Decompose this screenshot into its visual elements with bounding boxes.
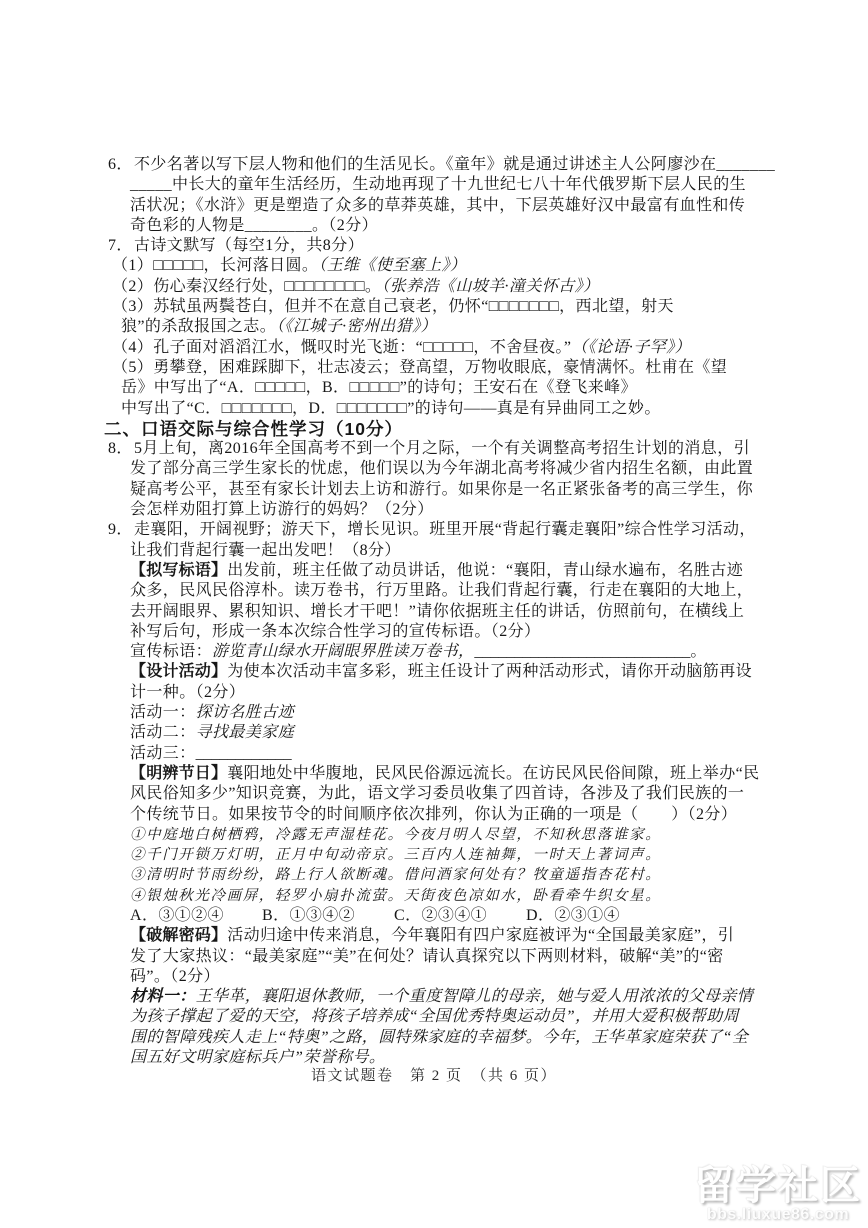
q7-item-3-text: 狼”的杀敌报国之志。 [121,318,276,335]
q7-item-4-source: （《论语·子罕》） [571,339,691,356]
q7-title: 古诗文默写（每空1分，共8分） [134,237,364,254]
page-footer: 语文试题卷 第 2 页 （共 6 页） [0,1064,868,1085]
activity-1-label: 活动一： [130,704,196,721]
poem-4: ④银烛秋光冷画屏，轻罗小扇扑流萤。天街夜色凉如水，卧看牵牛织女星。 [0,886,868,906]
q9-line-2: 让我们背起行囊一起出发吧！（8分） [0,541,868,561]
activity-2-line: 活动二：寻找最美家庭 [0,723,868,743]
exam-content: 6．不少名著以写下层人物和他们的生活见长。《童年》就是通过讲述主人公阿廖沙在__… [0,155,868,1068]
festival-task-tag: 【明辨节日】 [130,765,227,782]
activity-3-label: 活动三： [130,745,196,762]
decode-task-line-3: 码”。（2分） [0,967,868,987]
activity-3-blank: ____________ [196,745,292,762]
option-b: B．①③④② [262,906,394,926]
activity-1-line: 活动一：探访名胜古迹 [0,703,868,723]
q8-line-1: 8．5月上旬，离2016年全国高考不到一个月之际，一个有关调整高考招生计划的消息… [0,439,868,459]
q6-number: 6． [108,155,134,175]
q7-item-5-line-3: 中写出了“C．□□□□□□□，D．□□□□□□□”的诗句——真是有异曲同工之妙。 [0,399,868,419]
q9-line-1: 9．走襄阳，开阔视野；游天下，增长见识。班里开展“背起行囊走襄阳”综合性学习活动… [0,520,868,540]
activity-task-tag: 【设计活动】 [130,663,227,680]
q6-line-1: 6．不少名著以写下层人物和他们的生活见长。《童年》就是通过讲述主人公阿廖沙在__… [0,155,868,175]
activity-task-text-1: 为使本次活动丰富多彩，班主任设计了两种活动形式，请你开动脑筋再设 [227,663,752,680]
poem-3: ③清明时节雨纷纷，路上行人欲断魂。借问酒家何处有？牧童遥指杏花村。 [0,865,868,885]
festival-task-line-3: 个传统节日。如果按节令的时间顺序依次排列，你认为正确的一项是（ ）（2分） [0,805,868,825]
q7-item-2: （2）伤心秦汉经行处，□□□□□□□□。（张养浩《山坡羊·潼关怀古》） [0,277,868,297]
decode-task-line-2: 发了大家热议：“最美家庭”“美”在何处？请认真探究以下两则材料，破解“美”的“密 [0,947,868,967]
q7-item-4-text: （4）孔子面对滔滔江水，慨叹时光飞逝：“□□□□□，不舍昼夜。” [112,339,571,356]
activity-task-line-2: 计一种。（2分） [0,683,868,703]
activity-2-label: 活动二： [130,724,196,741]
q7-item-2-text: （2）伤心秦汉经行处，□□□□□□□□。 [112,278,381,295]
q8-line-3: 疑高考公平，甚至有家长计划去上访和游行。如果你是一名正紧张备考的高三学生，你 [0,480,868,500]
slogan-answer-blank: ___________________________。 [474,643,706,660]
q8-line-2: 发了部分高三学生家长的忧虑，他们误以为今年湖北高考将减少省内招生名额，由此置 [0,459,868,479]
activity-task-line-1: 【设计活动】为使本次活动丰富多彩，班主任设计了两种活动形式，请你开动脑筋再设 [0,662,868,682]
q7-item-1-source: （王维《使至塞上》） [318,257,466,274]
material-1-text-1: 王华革，襄阳退休教师，一个重度智障儿的母亲，她与爱人用浓浓的父母亲情 [196,988,754,1005]
option-a: A．③①②④ [130,906,262,926]
activity-1-value: 探访名胜古迹 [196,704,294,721]
decode-task-line-1: 【破解密码】活动归途中传来消息，今年襄阳有四户家庭被评为“全国最美家庭”，引 [0,926,868,946]
watermark-url-text: bbs.liuxue86.com [694,1207,862,1224]
poem-1: ①中庭地白树栖鸦，冷露无声湿桂花。今夜月明人尽望，不知秋思落谁家。 [0,825,868,845]
material-1-tag: 材料一： [130,988,196,1005]
activity-2-value: 寻找最美家庭 [196,724,294,741]
slogan-task-line-1: 【拟写标语】出发前，班主任做了动员讲话，他说：“襄阳，青山绿水遍布，名胜古迹 [0,561,868,581]
q7-item-5-line-2: 岳》中写出了“A．□□□□□，B．□□□□□”的诗句；王安石在《登飞来峰》 [0,378,868,398]
watermark-logo-text: 留学社区 [694,1165,862,1207]
slogan-task-text-1: 出发前，班主任做了动员讲话，他说：“襄阳，青山绿水遍布，名胜古迹 [227,562,743,579]
q7-item-3-source: （《江城子·密州出猎》） [276,318,437,335]
q6-line-2: _____中长大的童年生活经历，生动地再现了十九世纪七八十年代俄罗斯下层人民的生 [0,175,868,195]
q6-line-3: 活状况；《水浒》更是塑造了众多的草莽英雄，其中，下层英雄好汉中最富有血性和传 [0,196,868,216]
material-1-line-1: 材料一：王华革，襄阳退休教师，一个重度智障儿的母亲，她与爱人用浓浓的父母亲情 [0,987,868,1007]
q7-item-4: （4）孔子面对滔滔江水，慨叹时光飞逝：“□□□□□，不舍昼夜。”（《论语·子罕》… [0,338,868,358]
material-1-line-2: 为孩子撑起了爱的天空，将孩子培养成“全国优秀特奥运动员”，并用大爱积极帮助周 [0,1007,868,1027]
option-d: D．②③①④ [526,906,620,926]
q6-line-4: 奇色彩的人物是________。（2分） [0,216,868,236]
slogan-task-line-2: 众多，民风民俗淳朴。读万卷书，行万里路。让我们背起行囊，行走在襄阳的大地上， [0,581,868,601]
slogan-task-tag: 【拟写标语】 [130,562,227,579]
q7-item-3-line-1: （3）苏轼虽两鬓苍白，但并不在意自己衰老，仍怀“□□□□□□□，西北望，射天 [0,297,868,317]
q7-item-3-line-2: 狼”的杀敌报国之志。（《江城子·密州出猎》） [0,317,868,337]
q9-text-1: 走襄阳，开阔视野；游天下，增长见识。班里开展“背起行囊走襄阳”综合性学习活动， [134,521,756,538]
q7-item-5-line-1: （5）勇攀登，困难踩脚下，壮志凌云；登高望，万物收眼底，豪情满怀。杜甫在《望 [0,358,868,378]
q7-item-1: （1）□□□□□，长河落日圆。（王维《使至塞上》） [0,256,868,276]
q9-number: 9． [108,520,134,540]
q7-number: 7． [108,236,134,256]
festival-task-line-1: 【明辨节日】襄阳地处中华腹地，民风民俗源远流长。在访民风民俗间隙，班上举办“民 [0,764,868,784]
slogan-task-line-3: 去开阔眼界、累积知识、增长才干吧！”请你依据班主任的讲话，仿照前句，在横线上 [0,602,868,622]
q8-number: 8． [108,439,134,459]
q7-item-2-source: （张养浩《山坡羊·潼关怀古》） [381,278,599,295]
activity-3-line: 活动三：____________ [0,744,868,764]
decode-task-text-1: 活动归途中传来消息，今年襄阳有四户家庭被评为“全国最美家庭”，引 [227,927,734,944]
option-c: C．②③④① [394,906,526,926]
q8-text-1: 5月上旬，离2016年全国高考不到一个月之际，一个有关调整高考招生计划的消息，引 [134,440,750,457]
poem-2: ②千门开锁万灯明，正月中旬动帝京。三百内人连袖舞，一时天上著词声。 [0,845,868,865]
decode-task-tag: 【破解密码】 [130,927,227,944]
q7-item-1-text: （1）□□□□□，长河落日圆。 [112,257,318,274]
choice-options-row: A．③①②④B．①③④②C．②③④①D．②③①④ [0,906,868,926]
festival-task-text-1: 襄阳地处中华腹地，民风民俗源远流长。在访民风民俗间隙，班上举办“民 [227,765,759,782]
q7-header: 7．古诗文默写（每空1分，共8分） [0,236,868,256]
exam-paper-page: 6．不少名著以写下层人物和他们的生活见长。《童年》就是通过讲述主人公阿廖沙在__… [0,0,868,1228]
slogan-given-text: 游览青山绿水开阔眼界胜读万卷书， [212,643,474,660]
material-1-line-3: 围的智障残疾人走上“特奥”之路，圆特殊家庭的幸福梦。今年，王华革家庭荣获了“全 [0,1028,868,1048]
section-2-heading: 二、口语交际与综合性学习（10分） [0,419,868,439]
watermark: 留学社区 bbs.liuxue86.com [694,1165,862,1224]
slogan-answer-line: 宣传标语：游览青山绿水开阔眼界胜读万卷书，___________________… [0,642,868,662]
slogan-task-line-4: 补写后句，形成一条本次综合性学习的宣传标语。（2分） [0,622,868,642]
festival-task-line-2: 风民俗知多少”知识竞赛，为此，语文学习委员收集了四首诗，各涉及了我们民族的一 [0,784,868,804]
q6-text-1: 不少名著以写下层人物和他们的生活见长。《童年》就是通过讲述主人公阿廖沙在____… [134,156,775,173]
slogan-label: 宣传标语： [130,643,212,660]
q8-line-4: 会怎样劝阻打算上访游行的妈妈？（2分） [0,500,868,520]
